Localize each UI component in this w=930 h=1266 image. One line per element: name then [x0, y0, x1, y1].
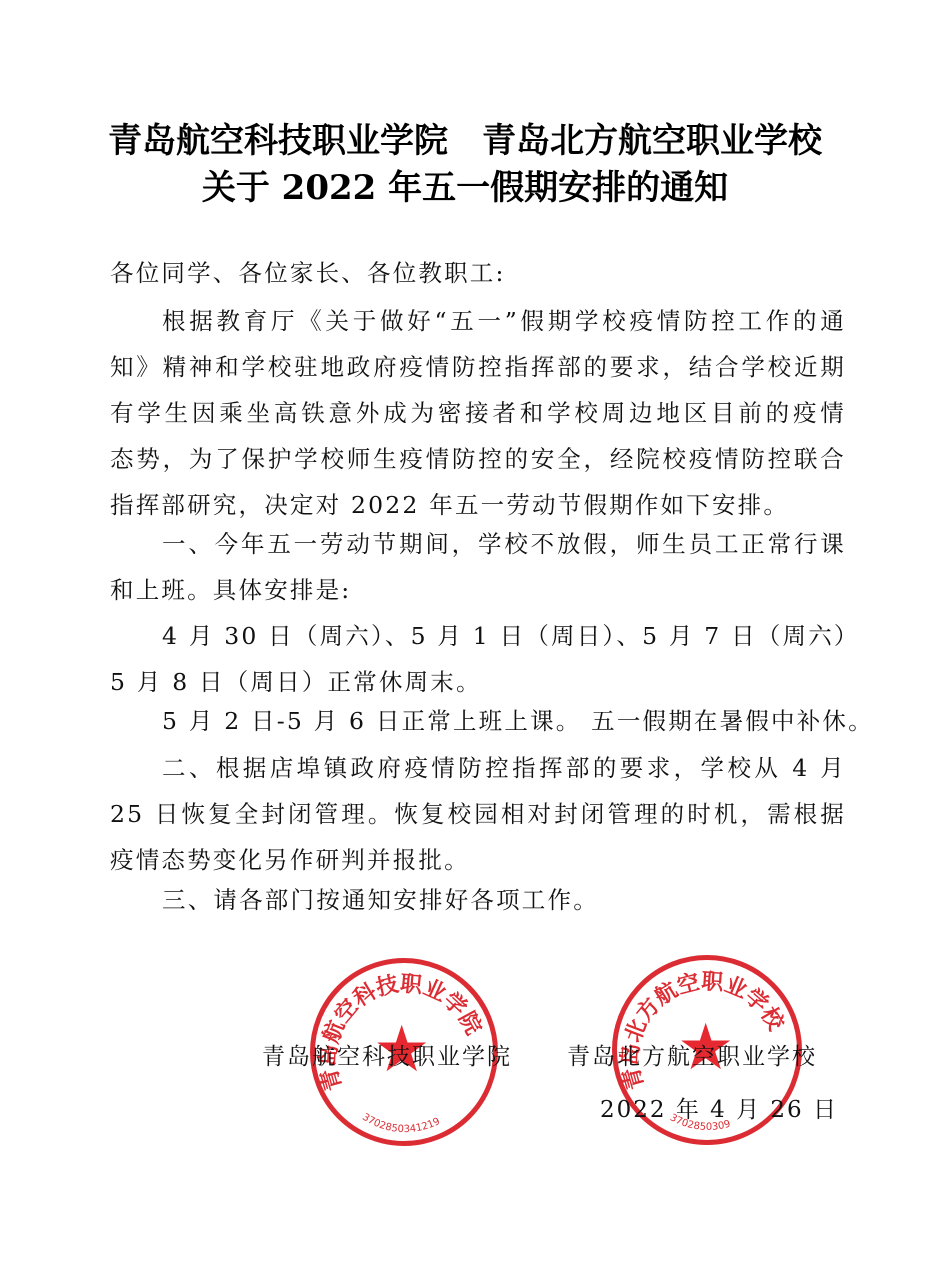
paragraph-line: 4 月 30 日（周六）、5 月 1 日（周日）、5 月 7 日（周六） — [162, 625, 846, 649]
signature-date: 2022 年 4 月 26 日 — [600, 1091, 838, 1124]
signature-org-2: 青岛北方航空职业学校 — [567, 1038, 817, 1071]
paragraph-line: 5 月 2 日-5 月 6 日正常上班上课。 五一假期在暑假中补休。 — [162, 710, 846, 734]
paragraph-line: 根据教育厅《关于做好“五一”假期学校疫情防控工作的通 — [162, 310, 846, 334]
paragraph-line: 二、根据店埠镇政府疫情防控指挥部的要求，学校从 4 月 — [162, 757, 846, 781]
paragraph-line: 和上班。具体安排是: — [110, 579, 846, 603]
paragraph-line: 25 日恢复全封闭管理。恢复校园相对封闭管理的时机，需根据 — [110, 803, 846, 827]
svg-text:3702850341219: 3702850341219 — [360, 1112, 442, 1135]
paragraph-line: 态势，为了保护学校师生疫情防控的安全，经院校疫情防控联合 — [110, 448, 846, 472]
paragraph-line: 疫情态势变化另作研判并报批。 — [110, 849, 846, 873]
salutation: 各位同学、各位家长、各位教职工: — [110, 262, 846, 286]
signature-org-1: 青岛航空科技职业学院 — [262, 1038, 512, 1071]
paragraph-line: 有学生因乘坐高铁意外成为密接者和学校周边地区目前的疫情 — [110, 402, 846, 426]
notice-title-line2: 关于 2022 年五一假期安排的通知 — [0, 160, 930, 209]
paragraph-line: 5 月 8 日（周日）正常休周末。 — [110, 671, 846, 695]
paragraph-line: 知》精神和学校驻地政府疫情防控指挥部的要求，结合学校近期 — [110, 356, 846, 380]
paragraph-line: 指挥部研究，决定对 2022 年五一劳动节假期作如下安排。 — [110, 494, 846, 518]
paragraph-line: 三、请各部门按通知安排好各项工作。 — [162, 889, 846, 913]
paragraph-line: 一、今年五一劳动节期间，学校不放假，师生员工正常行课 — [162, 533, 846, 557]
notice-title-line1: 青岛航空科技职业学院 青岛北方航空职业学校 — [0, 113, 930, 162]
